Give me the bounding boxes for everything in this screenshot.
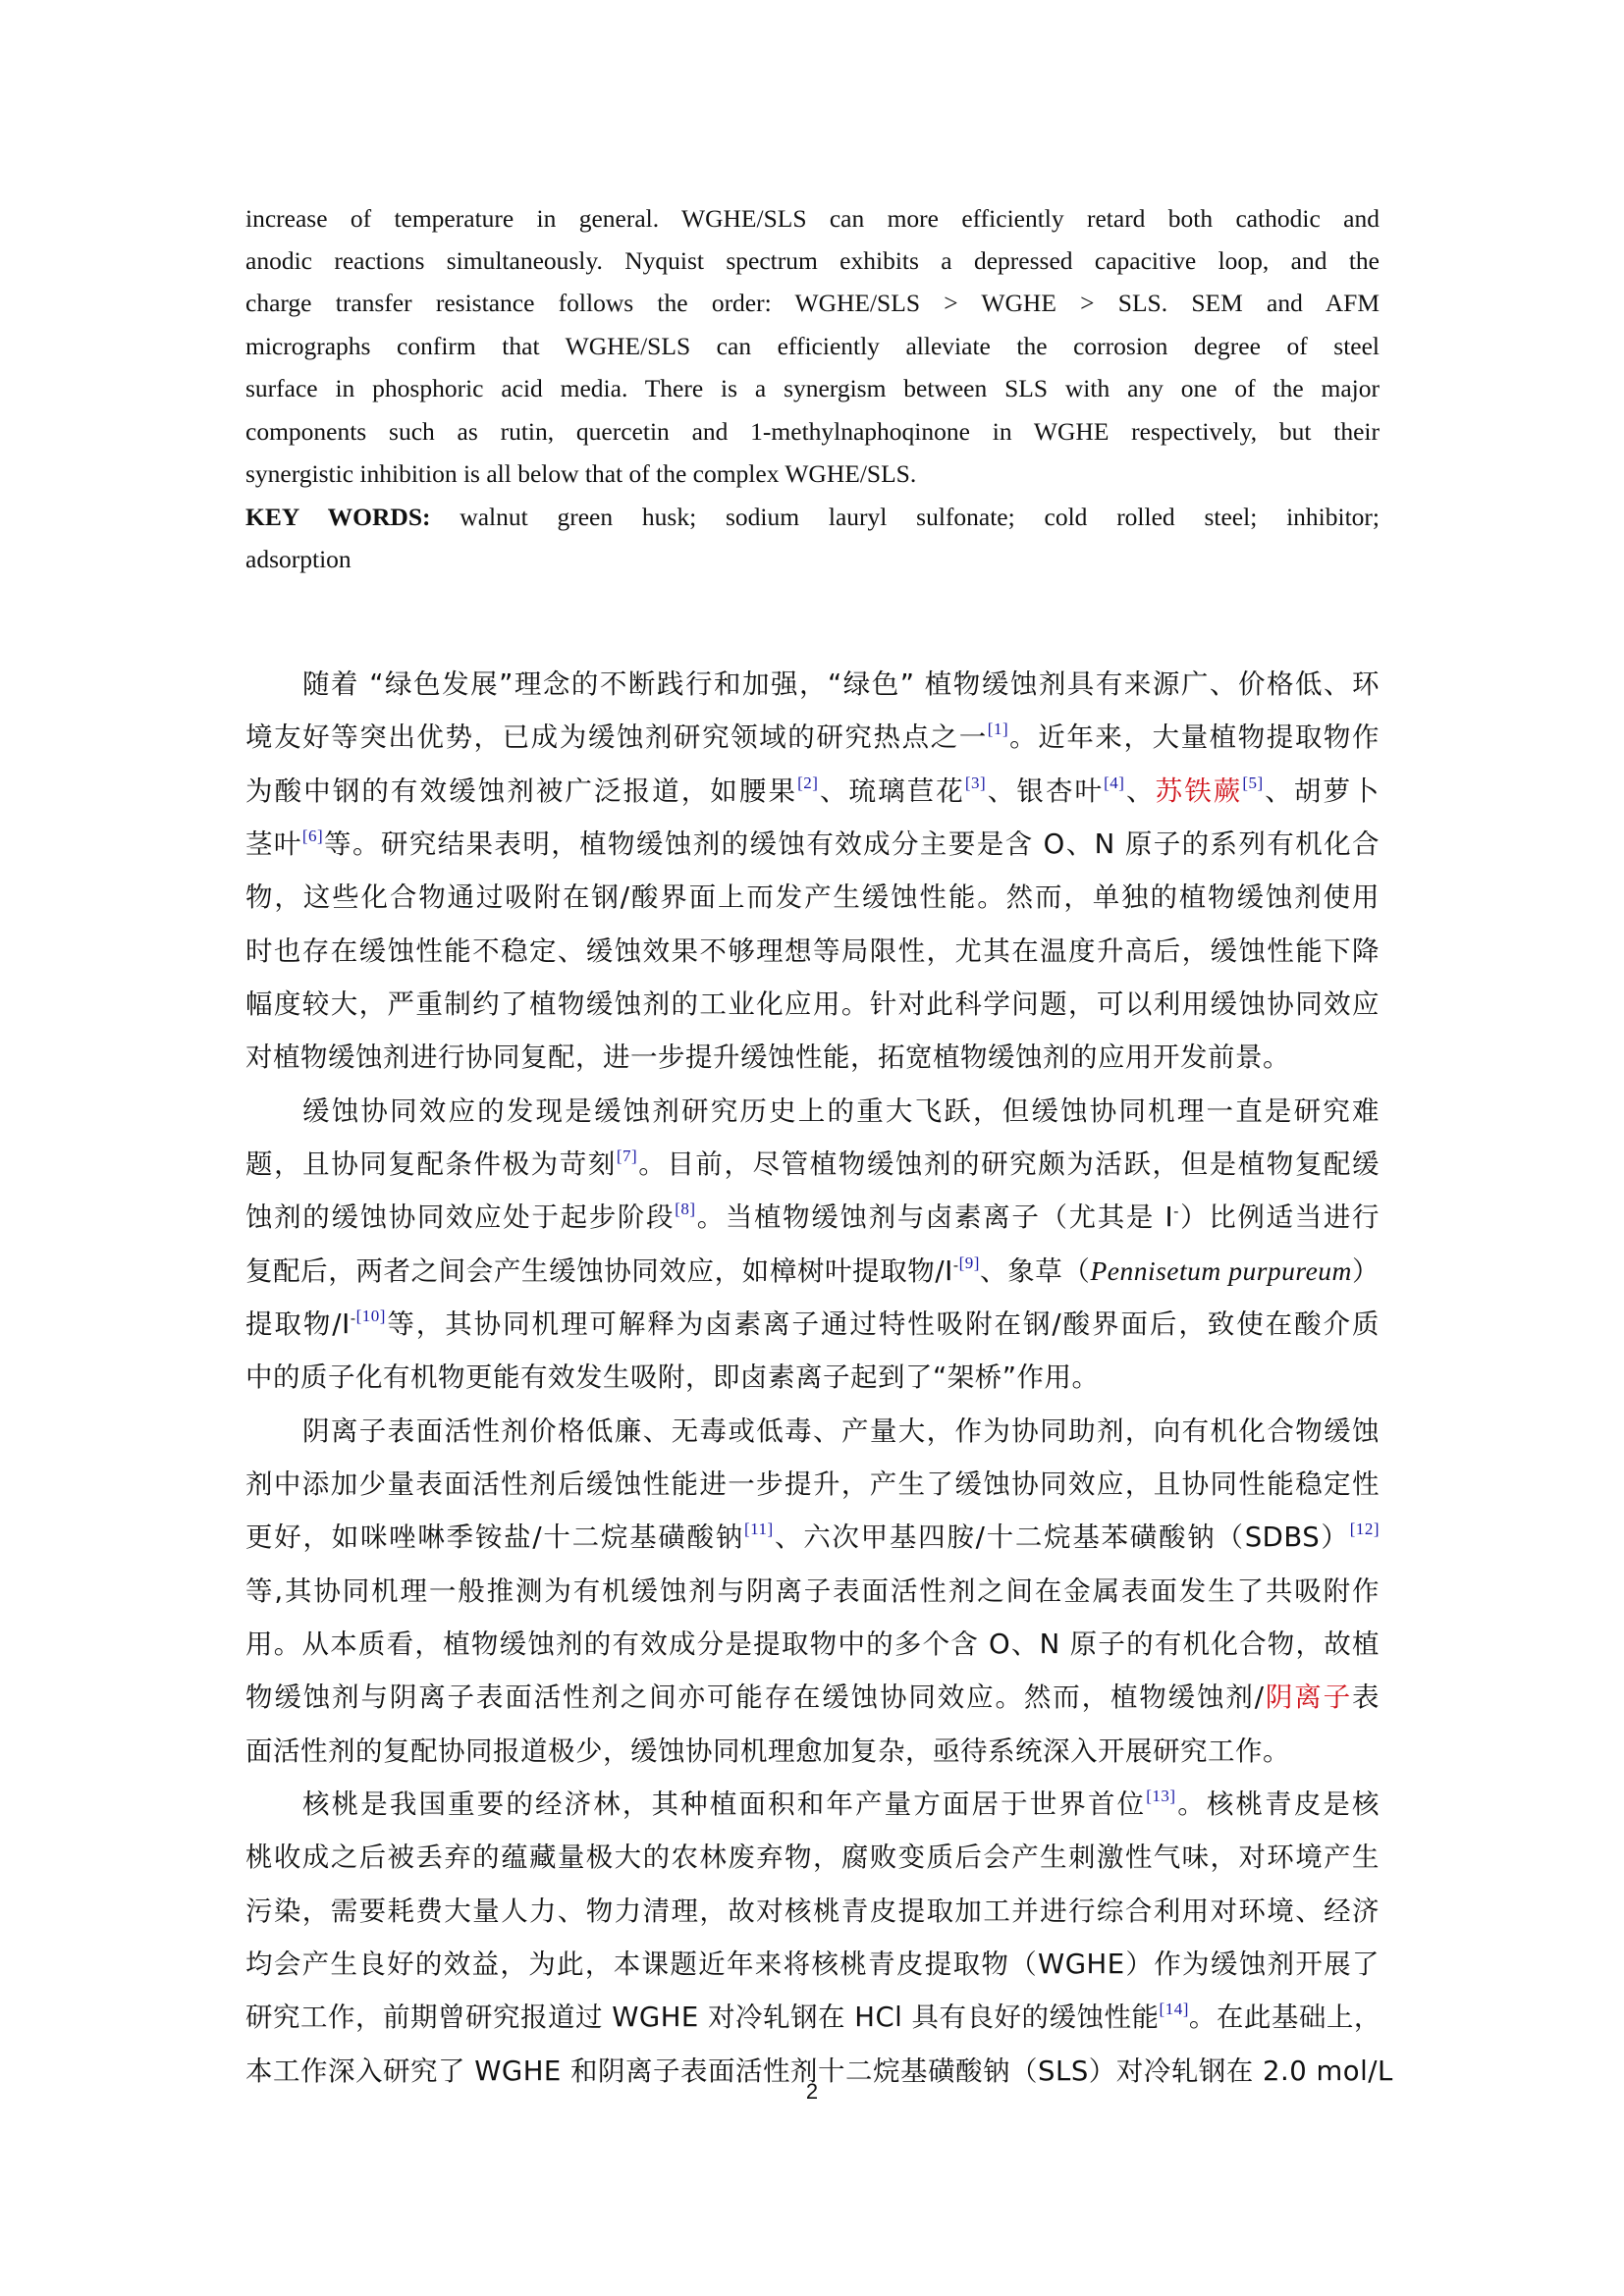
text-span: 等，其协同机理可解释为卤素离子通过特性吸附在钢/酸界面后，致使在酸介质 xyxy=(386,1308,1380,1340)
text-span: 。在此基础上， xyxy=(1189,2002,1381,2033)
text-span: 、象草（ xyxy=(980,1255,1090,1287)
text-span: ） xyxy=(1352,1255,1380,1287)
text-span: ）比例适当进行 xyxy=(1179,1201,1380,1233)
text-span: 。近年来，大量植物提取物作 xyxy=(1008,721,1380,753)
citation-link[interactable]: [14] xyxy=(1160,2000,1189,2018)
text-line: 均会产生良好的效益，为此，本课题近年来将核桃青皮提取物（WGHE）作为缓蚀剂开展… xyxy=(245,1938,1380,1991)
text-span: 、银杏叶 xyxy=(986,775,1104,807)
text-line: 为酸中钢的有效缓蚀剂被广泛报道，如腰果[2]、琉璃苣花[3]、银杏叶[4]、苏铁… xyxy=(245,765,1380,818)
citation-link[interactable]: [4] xyxy=(1104,774,1124,792)
text-span: 。核桃青皮是核 xyxy=(1176,1789,1380,1820)
text-line: 用。从本质看，植物缓蚀剂的有效成分是提取物中的多个含 O、N 原子的有机化合物，… xyxy=(245,1618,1380,1671)
text-line: 茎叶[6]等。研究结果表明，植物缓蚀剂的缓蚀有效成分主要是含 O、N 原子的系列… xyxy=(245,818,1380,871)
text-line: 题，且协同复配条件极为苛刻[7]。目前，尽管植物缓蚀剂的研究颇为活跃，但是植物复… xyxy=(245,1138,1380,1191)
keywords-text: walnut green husk; sodium lauryl sulfona… xyxy=(431,503,1380,531)
citation-link[interactable]: [2] xyxy=(797,774,818,792)
citation-link[interactable]: [9] xyxy=(959,1254,980,1272)
abstract-line: synergistic inhibition is all below that… xyxy=(245,453,1380,496)
text-span: 提取物/I xyxy=(245,1308,351,1340)
text-span: 、胡萝卜 xyxy=(1264,775,1380,807)
abstract-line: charge transfer resistance follows the o… xyxy=(245,282,1380,325)
text-span: 。目前，尽管植物缓蚀剂的研究颇为活跃，但是植物复配缓 xyxy=(637,1148,1380,1180)
citation-link[interactable]: [11] xyxy=(744,1520,774,1538)
text-line: 剂中添加少量表面活性剂后缓蚀性能进一步提升，产生了缓蚀协同效应，且协同性能稳定性 xyxy=(245,1458,1380,1511)
citation-link[interactable]: [10] xyxy=(356,1307,386,1325)
page-number: 2 xyxy=(0,2079,1624,2105)
text-line: 阴离子表面活性剂价格低廉、无毒或低毒、产量大，作为协同助剂，向有机化合物缓蚀 xyxy=(245,1405,1380,1458)
text-span: 蚀剂的缓蚀协同效应处于起步阶段 xyxy=(245,1201,675,1233)
citation-link[interactable]: [8] xyxy=(675,1200,695,1218)
text-span: 。当植物缓蚀剂与卤素离子（尤其是 I xyxy=(696,1201,1174,1233)
text-line: 桃收成之后被丢弃的蕴藏量极大的农林废弃物，腐败变质后会产生刺激性气味，对环境产生 xyxy=(245,1831,1380,1884)
keywords-line: adsorption xyxy=(245,538,1380,581)
text-span: 核桃是我国重要的经济林，其种植面积和年产量方面居于世界首位 xyxy=(302,1789,1146,1820)
text-line: 研究工作，前期曾研究报道过 WGHE 对冷轧钢在 HCl 具有良好的缓蚀性能[1… xyxy=(245,1991,1380,2044)
citation-link[interactable]: [5] xyxy=(1242,774,1263,792)
text-line: 对植物缓蚀剂进行协同复配，进一步提升缓蚀性能，拓宽植物缓蚀剂的应用开发前景。 xyxy=(245,1031,1380,1084)
citation-link[interactable]: [7] xyxy=(617,1147,637,1165)
citation-link[interactable]: [3] xyxy=(965,774,986,792)
keywords-line: KEY WORDS: walnut green husk; sodium lau… xyxy=(245,496,1380,539)
citation-link[interactable]: [6] xyxy=(302,827,323,845)
text-line: 幅度较大，严重制约了植物缓蚀剂的工业化应用。针对此科学问题，可以利用缓蚀协同效应 xyxy=(245,978,1380,1031)
text-line: 境友好等突出优势，已成为缓蚀剂研究领域的研究热点之一[1]。近年来，大量植物提取… xyxy=(245,711,1380,764)
text-span: 复配后，两者之间会产生缓蚀协同效应，如樟树叶提取物/I xyxy=(245,1255,953,1287)
text-line: 等,其协同机理一般推测为有机缓蚀剂与阴离子表面活性剂之间在金属表面发生了共吸附作 xyxy=(245,1565,1380,1618)
text-line: 面活性剂的复配协同报道极少，缓蚀协同机理愈加复杂，亟待系统深入开展研究工作。 xyxy=(245,1725,1380,1778)
text-span: 物缓蚀剂与阴离子表面活性剂之间亦可能存在缓蚀协同效应。然而，植物缓蚀剂/ xyxy=(245,1682,1265,1713)
species-name: Pennisetum purpureum xyxy=(1090,1255,1351,1286)
text-line: 污染，需要耗费大量人力、物力清理，故对核桃青皮提取加工并进行综合利用对环境、经济 xyxy=(245,1885,1380,1938)
text-line: 缓蚀协同效应的发现是缓蚀剂研究历史上的重大飞跃，但缓蚀协同机理一直是研究难 xyxy=(245,1085,1380,1138)
highlighted-term: 阴离子 xyxy=(1265,1682,1352,1713)
text-span: 为酸中钢的有效缓蚀剂被广泛报道，如腰果 xyxy=(245,775,797,807)
citation-link[interactable]: [12] xyxy=(1350,1520,1380,1538)
text-line: 复配后，两者之间会产生缓蚀协同效应，如樟树叶提取物/I-[9]、象草（Penni… xyxy=(245,1245,1380,1298)
abstract-line: increase of temperature in general. WGHE… xyxy=(245,197,1380,240)
text-span: 、六次甲基四胺/十二烷基苯磺酸钠（SDBS） xyxy=(774,1522,1350,1553)
highlighted-term: 苏铁蕨 xyxy=(1156,775,1243,807)
text-line: 物，这些化合物通过吸附在钢/酸界面上而发产生缓蚀性能。然而，单独的植物缓蚀剂使用 xyxy=(245,871,1380,924)
citation-link[interactable]: [1] xyxy=(988,720,1008,738)
text-span: 茎叶 xyxy=(245,828,302,860)
citation-link[interactable]: [13] xyxy=(1146,1787,1175,1805)
text-span: 等。研究结果表明，植物缓蚀剂的缓蚀有效成分主要是含 O、N 原子的系列有机化合 xyxy=(323,828,1380,860)
keywords-label: KEY WORDS: xyxy=(245,503,431,531)
text-line: 中的质子化有机物更能有效发生吸附，即卤素离子起到了“架桥”作用。 xyxy=(245,1351,1380,1404)
text-span: 表 xyxy=(1352,1682,1380,1713)
text-line: 物缓蚀剂与阴离子表面活性剂之间亦可能存在缓蚀协同效应。然而，植物缓蚀剂/阴离子表 xyxy=(245,1671,1380,1724)
abstract-line: surface in phosphoric acid media. There … xyxy=(245,367,1380,410)
text-line: 随着 “绿色发展”理念的不断践行和加强，“绿色” 植物缓蚀剂具有来源广、价格低、… xyxy=(245,658,1380,711)
text-span: 研究工作，前期曾研究报道过 WGHE 对冷轧钢在 HCl 具有良好的缓蚀性能 xyxy=(245,2002,1160,2033)
text-line: 时也存在缓蚀性能不稳定、缓蚀效果不够理想等局限性，尤其在温度升高后，缓蚀性能下降 xyxy=(245,925,1380,978)
abstract-line: anodic reactions simultaneously. Nyquist… xyxy=(245,240,1380,283)
text-span: 题，且协同复配条件极为苛刻 xyxy=(245,1148,617,1180)
text-line: 更好，如咪唑啉季铵盐/十二烷基磺酸钠[11]、六次甲基四胺/十二烷基苯磺酸钠（S… xyxy=(245,1511,1380,1564)
text-line: 蚀剂的缓蚀协同效应处于起步阶段[8]。当植物缓蚀剂与卤素离子（尤其是 I-）比例… xyxy=(245,1191,1380,1244)
abstract-line: micrographs confirm that WGHE/SLS can ef… xyxy=(245,325,1380,368)
abstract-line: components such as rutin, quercetin and … xyxy=(245,410,1380,454)
text-line: 核桃是我国重要的经济林，其种植面积和年产量方面居于世界首位[13]。核桃青皮是核 xyxy=(245,1778,1380,1831)
text-span: 更好，如咪唑啉季铵盐/十二烷基磺酸钠 xyxy=(245,1522,744,1553)
text-span: 、 xyxy=(1124,775,1155,807)
text-line: 提取物/I-[10]等，其协同机理可解释为卤素离子通过特性吸附在钢/酸界面后，致… xyxy=(245,1298,1380,1351)
text-span: 境友好等突出优势，已成为缓蚀剂研究领域的研究热点之一 xyxy=(245,721,988,753)
text-span: 、琉璃苣花 xyxy=(818,775,965,807)
